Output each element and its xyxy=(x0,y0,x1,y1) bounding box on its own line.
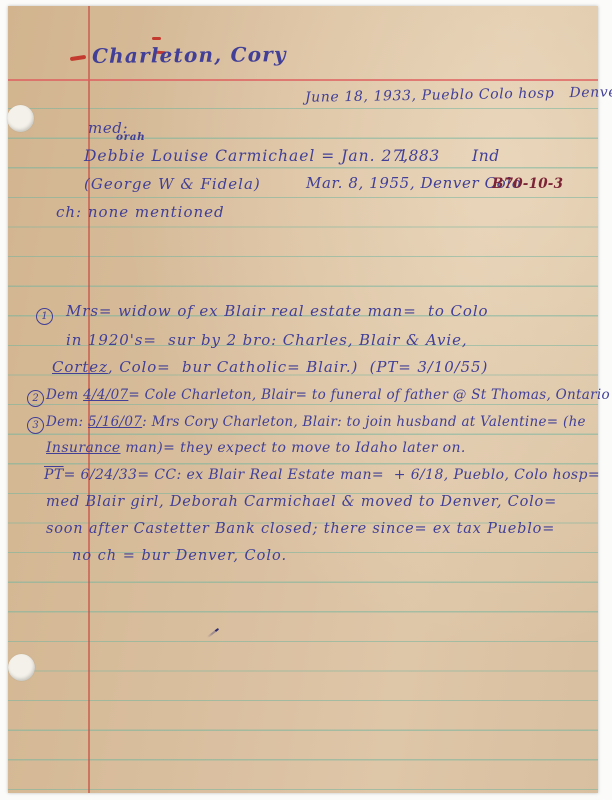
red-pen-dash xyxy=(70,55,86,61)
underlined-word: Cortez xyxy=(52,358,108,376)
footnote-line-1-rest: = 6/24/33= CC: ex Blair Real Estate man=… xyxy=(64,467,600,483)
note-1-line-2: in 1920's= sur by 2 bro: Charles, Blair … xyxy=(66,332,468,349)
note-2-rest: = Cole Charleton, Blair= to funeral of f… xyxy=(128,387,610,403)
note-3-line-2-rest: man)= they expect to move to Idaho later… xyxy=(121,440,466,456)
children-line: ch: none mentioned xyxy=(56,204,225,221)
spouse-name-date: Debbie Louise Carmichael = Jan. 27, xyxy=(84,148,409,165)
underlined-date: 5/16/07 xyxy=(88,414,142,430)
note-3-marker: 3 xyxy=(27,417,44,434)
underlined-word: Insurance xyxy=(46,440,121,456)
note-1-line-3: Cortez, Colo= bur Catholic= Blair.) (PT=… xyxy=(52,359,488,376)
file-number: B70-10-3 xyxy=(492,177,563,192)
note-2-line: Dem 4/4/07= Cole Charleton, Blair= to fu… xyxy=(46,388,610,403)
footnote-line-2: med Blair girl, Deborah Carmichael & mov… xyxy=(46,495,557,511)
red-pen-mark-small xyxy=(152,37,161,40)
spouse-birth-year: 1883 xyxy=(398,148,440,165)
note-1-line-1: Mrs= widow of ex Blair real estate man= … xyxy=(66,303,488,320)
footnote-line-4: no ch = bur Denver, Colo. xyxy=(72,549,287,565)
spouse-death-line: Mar. 8, 1955, Denver Colo xyxy=(306,175,521,192)
note-1-line-3-rest: , Colo= bur Catholic= Blair.) (PT= 3/10/… xyxy=(108,358,488,376)
page-title: Charleton, Cory xyxy=(92,43,287,67)
death-event-line: June 18, 1933, Pueblo Colo hosp Denver xyxy=(305,85,612,106)
note-3-line-1: Dem: 5/16/07: Mrs Cory Charleton, Blair:… xyxy=(46,415,586,430)
footnote-line-1: PT= 6/24/33= CC: ex Blair Real Estate ma… xyxy=(44,468,600,483)
punch-hole-top xyxy=(7,105,34,132)
underlined-date: 4/4/07 xyxy=(83,387,128,403)
notebook-paper: Charleton, Cory June 18, 1933, Pueblo Co… xyxy=(8,6,598,793)
note-1-marker: 1 xyxy=(36,308,53,325)
note-3-prefix: Dem: xyxy=(46,414,88,430)
punch-hole-bottom xyxy=(8,654,35,681)
note-2-prefix: Dem xyxy=(46,387,83,403)
note-3-line-2: Insurance man)= they expect to move to I… xyxy=(46,441,466,456)
overlined-abbrev: PT xyxy=(44,467,64,483)
note-3-rest: : Mrs Cory Charleton, Blair: to join hus… xyxy=(142,414,586,430)
note-2-marker: 2 xyxy=(27,390,44,407)
spouse-birthplace: Ind xyxy=(472,148,500,165)
footnote-line-3: soon after Castetter Bank closed; there … xyxy=(46,522,555,538)
spouse-name-insert: orah xyxy=(116,132,145,144)
spouse-parents: (George W & Fidela) xyxy=(84,176,261,193)
scanned-document: { "colors": { "paper": "#d9bf9e", "ink_b… xyxy=(0,0,612,800)
red-header-line xyxy=(8,79,598,81)
